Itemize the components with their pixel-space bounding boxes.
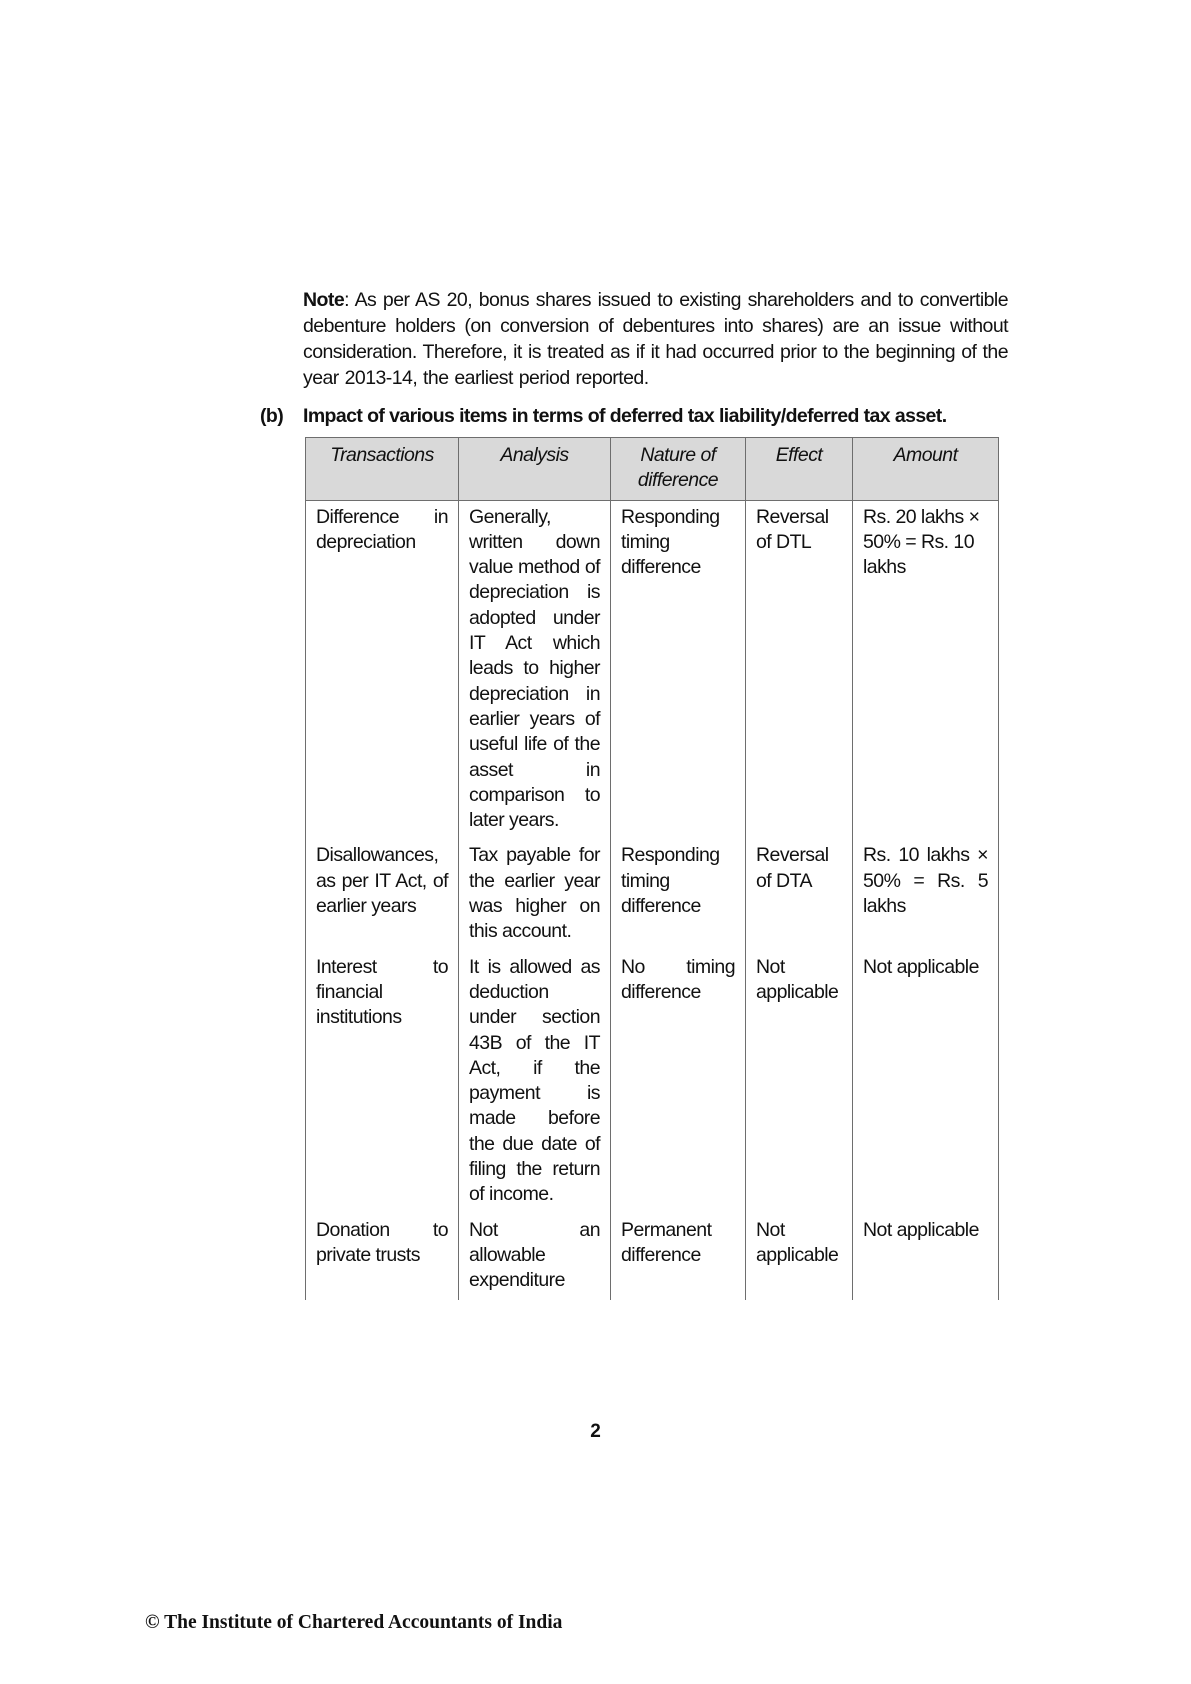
header-amount: Amount — [853, 438, 999, 501]
note-paragraph: Note: As per AS 20, bonus shares issued … — [303, 287, 1008, 391]
cell-transaction: Interest to financial institutions — [306, 951, 459, 1214]
cell-effect: Reversal of DTA — [746, 839, 853, 950]
cell-analysis: Generally, written down value method of … — [459, 500, 611, 839]
header-transactions: Transactions — [306, 438, 459, 501]
cell-nature: Responding timing difference — [611, 839, 746, 950]
note-label: Note — [303, 289, 344, 311]
header-analysis: Analysis — [459, 438, 611, 501]
copyright-footer: © The Institute of Chartered Accountants… — [145, 1612, 562, 1634]
cell-transaction: Difference in depreciation — [306, 500, 459, 839]
table-header-row: Transactions Analysis Nature of differen… — [306, 438, 999, 501]
cell-effect: Reversal of DTL — [746, 500, 853, 839]
deferred-tax-table: Transactions Analysis Nature of differen… — [305, 437, 999, 1300]
cell-amount: Rs. 20 lakhs × 50% = Rs. 10 lakhs — [853, 500, 999, 839]
table-row: Interest to financial institutions It is… — [306, 951, 999, 1214]
table-row: Difference in depreciation Generally, wr… — [306, 500, 999, 839]
table-row: Disallowances, as per IT Act, of earlier… — [306, 839, 999, 950]
cell-analysis: Tax payable for the earlier year was hig… — [459, 839, 611, 950]
cell-effect: Not applicable — [746, 951, 853, 1214]
page-number: 2 — [0, 1421, 1191, 1443]
cell-amount: Rs. 10 lakhs × 50% = Rs. 5 lakhs — [853, 839, 999, 950]
section-title: Impact of various items in terms of defe… — [303, 403, 947, 429]
note-text: : As per AS 20, bonus shares issued to e… — [303, 289, 1008, 389]
cell-analysis: Not an allowable expenditure — [459, 1214, 611, 1300]
cell-nature: Permanent difference — [611, 1214, 746, 1300]
section-label: (b) — [260, 403, 283, 429]
cell-nature: Responding timing difference — [611, 500, 746, 839]
cell-amount: Not applicable — [853, 1214, 999, 1300]
table-row: Donation to private trusts Not an allowa… — [306, 1214, 999, 1300]
cell-transaction: Donation to private trusts — [306, 1214, 459, 1300]
cell-effect: Not applicable — [746, 1214, 853, 1300]
cell-transaction: Disallowances, as per IT Act, of earlier… — [306, 839, 459, 950]
header-nature: Nature of difference — [611, 438, 746, 501]
cell-amount: Not applicable — [853, 951, 999, 1214]
cell-analysis: It is allowed as deduction under section… — [459, 951, 611, 1214]
header-effect: Effect — [746, 438, 853, 501]
cell-nature: No timing difference — [611, 951, 746, 1214]
